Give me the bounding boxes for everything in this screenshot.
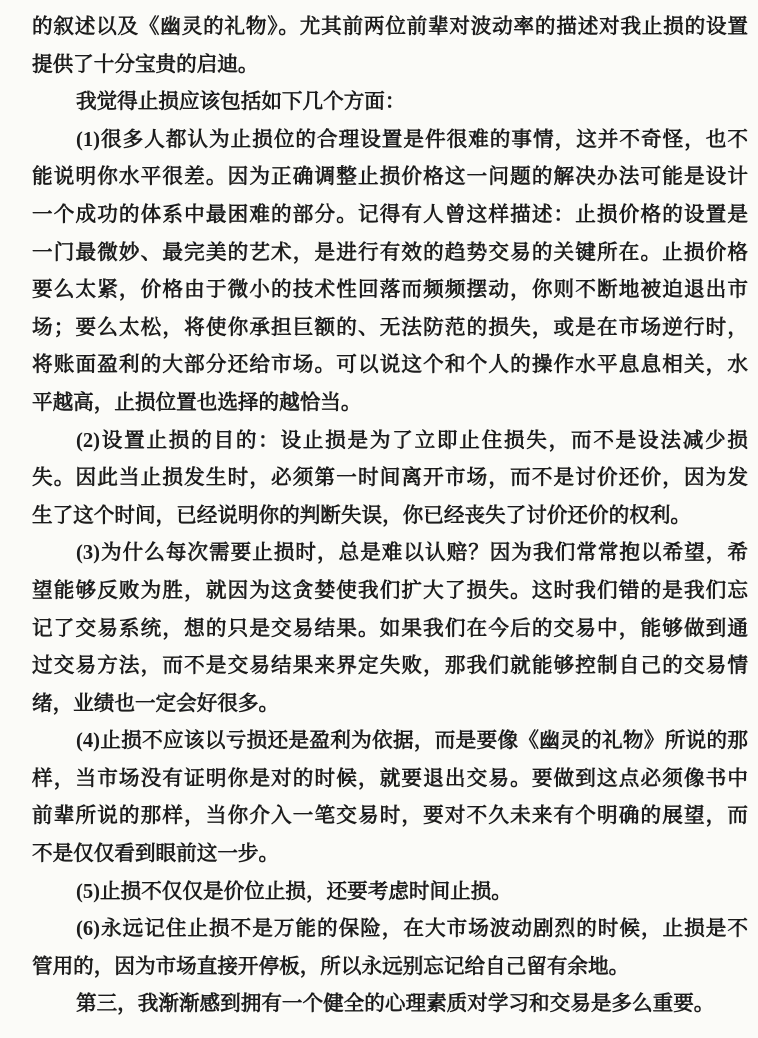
text-line: (2)设置止损的目的：设止损是为了立即止住损失，而不是设法减少损 xyxy=(32,423,748,461)
text-line: 的叙述以及《幽灵的礼物》。尤其前两位前辈对波动率的描述对我止损的设置 xyxy=(32,9,748,47)
text-line: 绪，业绩也一定会好很多。 xyxy=(32,686,748,724)
text-line: 管用的，因为市场直接开停板，所以永远别忘记给自己留有余地。 xyxy=(32,949,748,987)
text-line: 记了交易系统，想的只是交易结果。如果我们在今后的交易中，能够做到通 xyxy=(32,611,748,649)
text-line: 能说明你水平很差。因为正确调整止损价格这一问题的解决办法可能是设计 xyxy=(32,159,748,197)
text-line: 一门最微妙、最完美的艺术，是进行有效的趋势交易的关键所在。止损价格 xyxy=(32,235,748,273)
text-line: 第三，我渐渐感到拥有一个健全的心理素质对学习和交易是多么重要。 xyxy=(32,986,748,1024)
text-line: 不是仅仅看到眼前这一步。 xyxy=(32,836,748,874)
text-line: (4)止损不应该以亏损还是盈利为依据，而是要像《幽灵的礼物》所说的那 xyxy=(32,723,748,761)
book-page: 的叙述以及《幽灵的礼物》。尤其前两位前辈对波动率的描述对我止损的设置 提供了十分… xyxy=(0,0,758,1038)
text-line: 平越高，止损位置也选择的越恰当。 xyxy=(32,385,748,423)
text-line: 前辈所说的那样，当你介入一笔交易时，要对不久未来有个明确的展望，而 xyxy=(32,798,748,836)
text-line: 一个成功的体系中最困难的部分。记得有人曾这样描述：止损价格的设置是 xyxy=(32,197,748,235)
text-line: (6)永远记住止损不是万能的保险，在大市场波动剧烈的时候，止损是不 xyxy=(32,911,748,949)
text-line: 要么太紧，价格由于微小的技术性回落而频频摆动，你则不断地被迫退出市 xyxy=(32,272,748,310)
text-line: 生了这个时间，已经说明你的判断失误，你已经丧失了讨价还价的权利。 xyxy=(32,498,748,536)
text-line: 望能够反败为胜，就因为这贪婪使我们扩大了损失。这时我们错的是我们忘 xyxy=(32,573,748,611)
text-line: (1)很多人都认为止损位的合理设置是件很难的事情，这并不奇怪，也不 xyxy=(32,122,748,160)
text-line: 场；要么太松，将使你承担巨额的、无法防范的损失，或是在市场逆行时， xyxy=(32,310,748,348)
text-line: 提供了十分宝贵的启迪。 xyxy=(32,47,748,85)
text-line: 我觉得止损应该包括如下几个方面： xyxy=(32,84,748,122)
text-line: 过交易方法，而不是交易结果来界定失败，那我们就能够控制自己的交易情 xyxy=(32,648,748,686)
text-line: 失。因此当止损发生时，必须第一时间离开市场，而不是讨价还价，因为发 xyxy=(32,460,748,498)
text-line: 将账面盈利的大部分还给市场。可以说这个和个人的操作水平息息相关，水 xyxy=(32,347,748,385)
text-line: 样，当市场没有证明你是对的时候，就要退出交易。要做到这点必须像书中 xyxy=(32,761,748,799)
text-line: (3)为什么每次需要止损时，总是难以认赔？因为我们常常抱以希望，希 xyxy=(32,535,748,573)
text-line: (5)止损不仅仅是价位止损，还要考虑时间止损。 xyxy=(32,874,748,912)
